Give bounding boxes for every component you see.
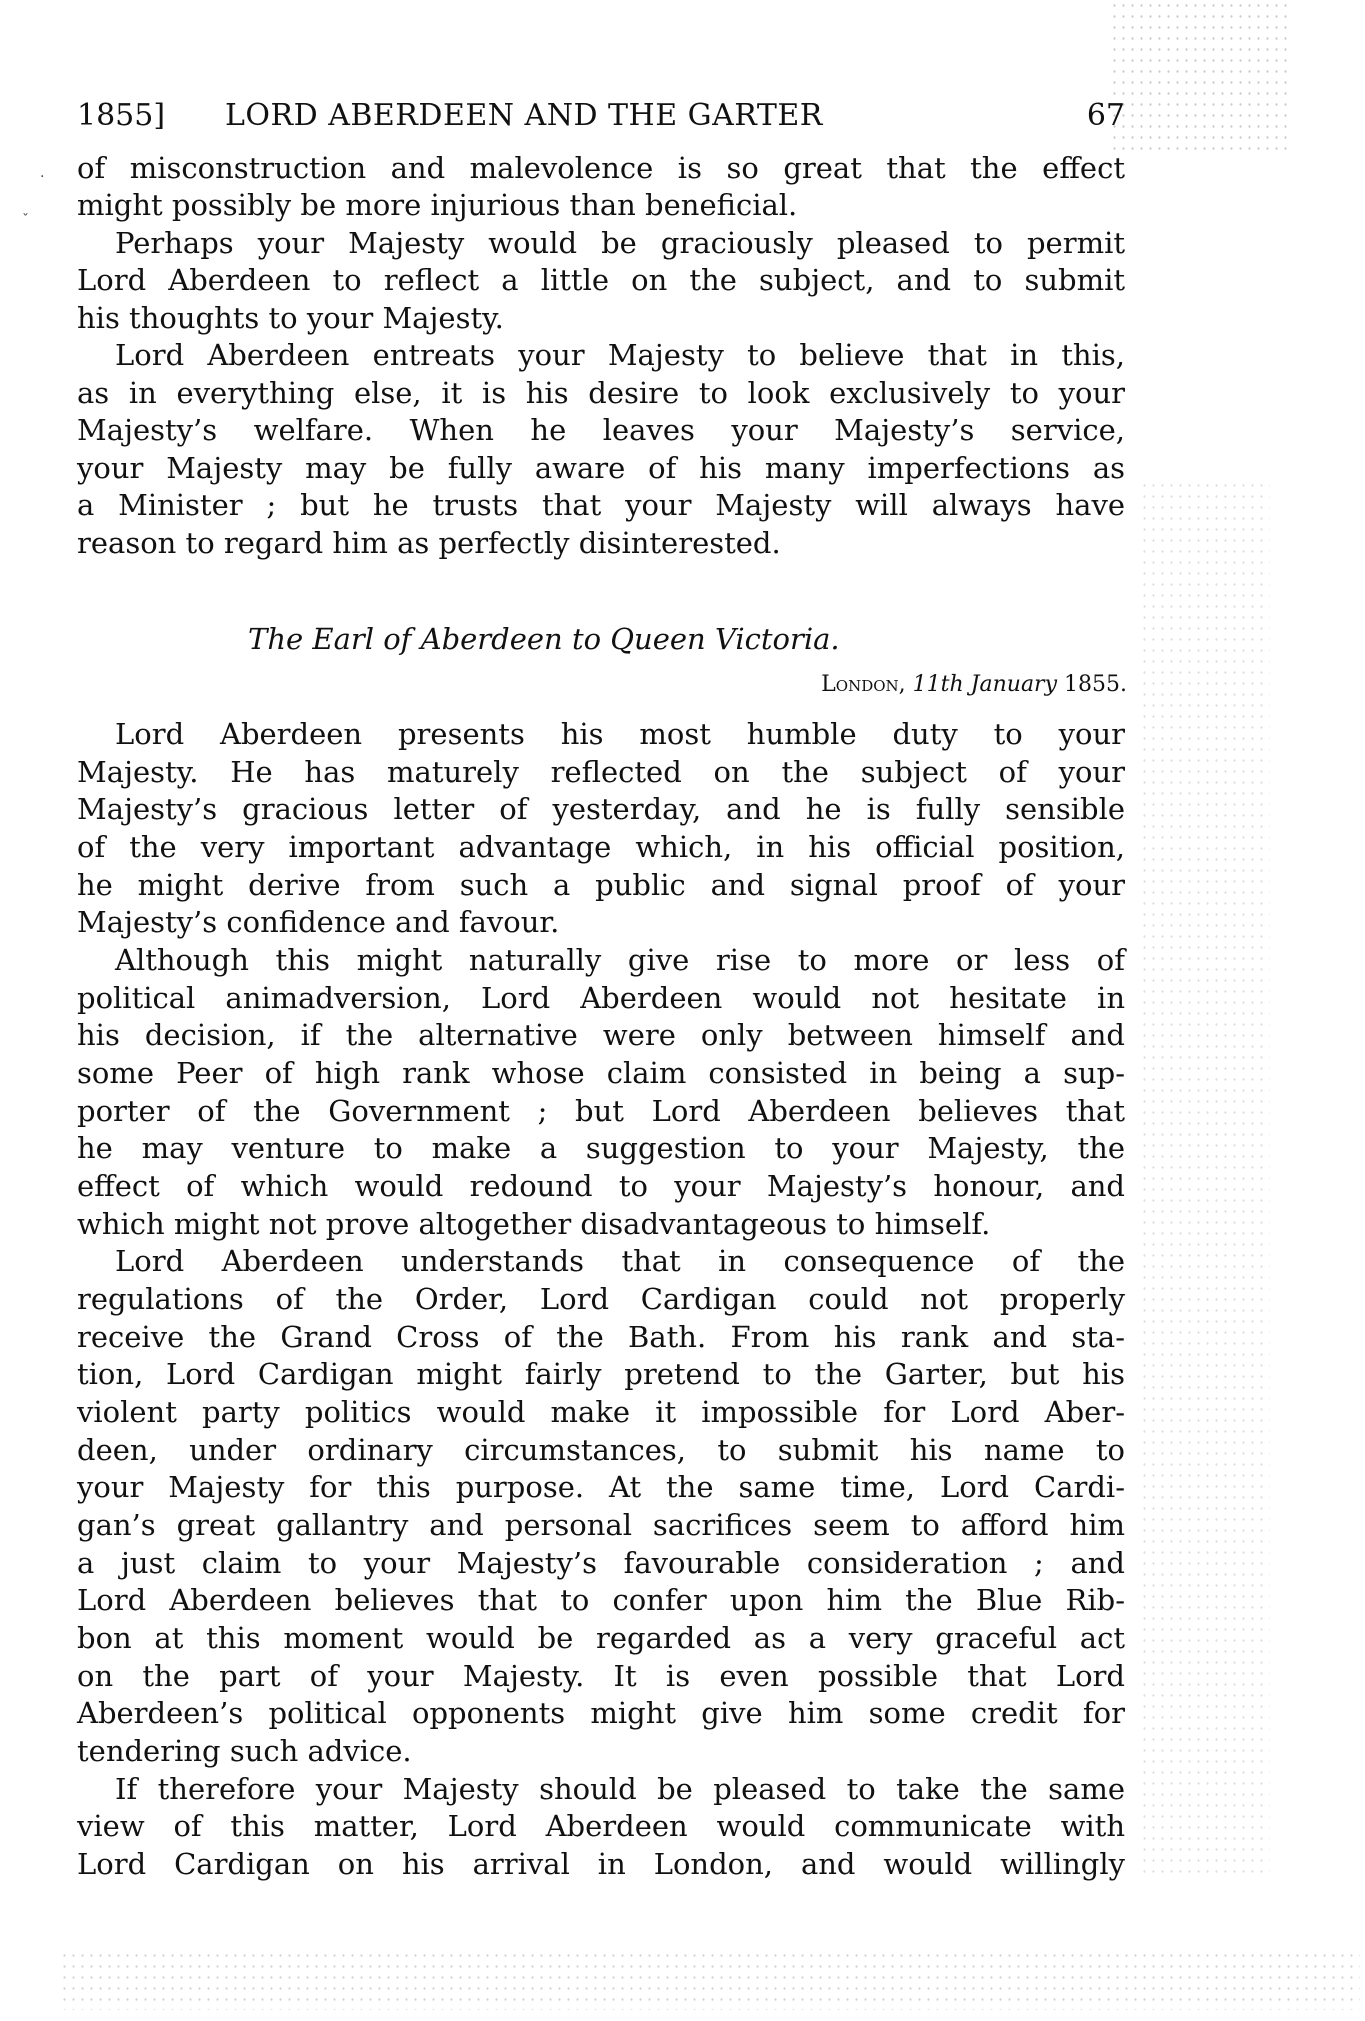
text-line: his thoughts to your Majesty. bbox=[77, 299, 1125, 337]
text-line: as in everything else, it is his desire … bbox=[77, 374, 1125, 412]
header-year: 1855] bbox=[77, 96, 165, 136]
text-line: view of this matter, Lord Aberdeen would… bbox=[77, 1807, 1125, 1845]
text-line: receive the Grand Cross of the Bath. Fro… bbox=[77, 1318, 1125, 1356]
text-line: Majesty’s confidence and favour. bbox=[77, 903, 1125, 941]
text-line: Majesty’s welfare. When he leaves your M… bbox=[77, 411, 1125, 449]
page-number: 67 bbox=[1087, 96, 1125, 136]
book-page: . ˇ 1855] LORD ABERDEEN AND THE GARTER 6… bbox=[0, 0, 1365, 2021]
text-line: Although this might naturally give rise … bbox=[115, 941, 1125, 979]
text-line: of the very important advantage which, i… bbox=[77, 828, 1125, 866]
text-line: gan’s great gallantry and personal sacri… bbox=[77, 1506, 1125, 1544]
text-line: porter of the Government ; but Lord Aber… bbox=[77, 1092, 1125, 1130]
text-line: regulations of the Order, Lord Cardigan … bbox=[77, 1280, 1125, 1318]
letter-title: The Earl of Aberdeen to Queen Victoria. bbox=[248, 620, 840, 658]
text-line: Lord Aberdeen to reflect a little on the… bbox=[77, 261, 1125, 299]
text-line: Lord Aberdeen believes that to confer up… bbox=[77, 1581, 1125, 1619]
text-line: reason to regard him as perfectly disint… bbox=[77, 524, 1125, 562]
text-line: some Peer of high rank whose claim consi… bbox=[77, 1054, 1125, 1092]
text-line: Lord Cardigan on his arrival in London, … bbox=[77, 1845, 1125, 1883]
text-line: might possibly be more injurious than be… bbox=[77, 186, 1125, 224]
running-title: LORD ABERDEEN AND THE GARTER bbox=[225, 96, 823, 136]
letter-day: 11th bbox=[913, 672, 964, 697]
letter-dateline: London, 11th January 1855. bbox=[821, 670, 1127, 700]
text-line: Majesty’s gracious letter of yesterday, … bbox=[77, 790, 1125, 828]
text-line: of misconstruction and malevolence is so… bbox=[77, 149, 1125, 187]
text-line: If therefore your Majesty should be plea… bbox=[115, 1770, 1125, 1808]
scan-noise-bottom bbox=[60, 1950, 1360, 2010]
text-line: violent party politics would make it imp… bbox=[77, 1393, 1125, 1431]
text-line: Lord Aberdeen presents his most humble d… bbox=[115, 715, 1125, 753]
text-line: a just claim to your Majesty’s favourabl… bbox=[77, 1544, 1125, 1582]
text-line: political animadversion, Lord Aberdeen w… bbox=[77, 979, 1125, 1017]
letter-year: 1855. bbox=[1064, 672, 1127, 697]
text-line: on the part of your Majesty. It is even … bbox=[77, 1657, 1125, 1695]
text-line: Lord Aberdeen understands that in conseq… bbox=[115, 1242, 1125, 1280]
text-line: Perhaps your Majesty would be graciously… bbox=[115, 224, 1125, 262]
text-line: tion, Lord Cardigan might fairly pretend… bbox=[77, 1355, 1125, 1393]
text-line: he might derive from such a public and s… bbox=[77, 866, 1125, 904]
text-line: his decision, if the alternative were on… bbox=[77, 1016, 1125, 1054]
text-line: he may venture to make a suggestion to y… bbox=[77, 1129, 1125, 1167]
margin-mark: ˇ bbox=[22, 212, 29, 228]
text-line: bon at this moment would be regarded as … bbox=[77, 1619, 1125, 1657]
scan-noise-top-right bbox=[1110, 0, 1290, 150]
text-line: Aberdeen’s political opponents might giv… bbox=[77, 1694, 1125, 1732]
text-line: your Majesty may be fully aware of his m… bbox=[77, 449, 1125, 487]
running-header: 1855] LORD ABERDEEN AND THE GARTER 67 bbox=[77, 96, 1125, 136]
letter-place: London, bbox=[821, 672, 905, 697]
margin-mark: . bbox=[40, 165, 44, 181]
text-line: effect of which would redound to your Ma… bbox=[77, 1167, 1125, 1205]
text-line: tendering such advice. bbox=[77, 1732, 1125, 1770]
text-line: Majesty. He has maturely reflected on th… bbox=[77, 753, 1125, 791]
text-line: Lord Aberdeen entreats your Majesty to b… bbox=[115, 336, 1125, 374]
text-line: a Minister ; but he trusts that your Maj… bbox=[77, 486, 1125, 524]
text-line: deen, under ordinary circumstances, to s… bbox=[77, 1431, 1125, 1469]
text-line: your Majesty for this purpose. At the sa… bbox=[77, 1468, 1125, 1506]
letter-month: January bbox=[971, 672, 1057, 697]
scan-noise-right-margin bbox=[1140, 480, 1270, 1880]
text-line: which might not prove altogether disadva… bbox=[77, 1205, 1125, 1243]
